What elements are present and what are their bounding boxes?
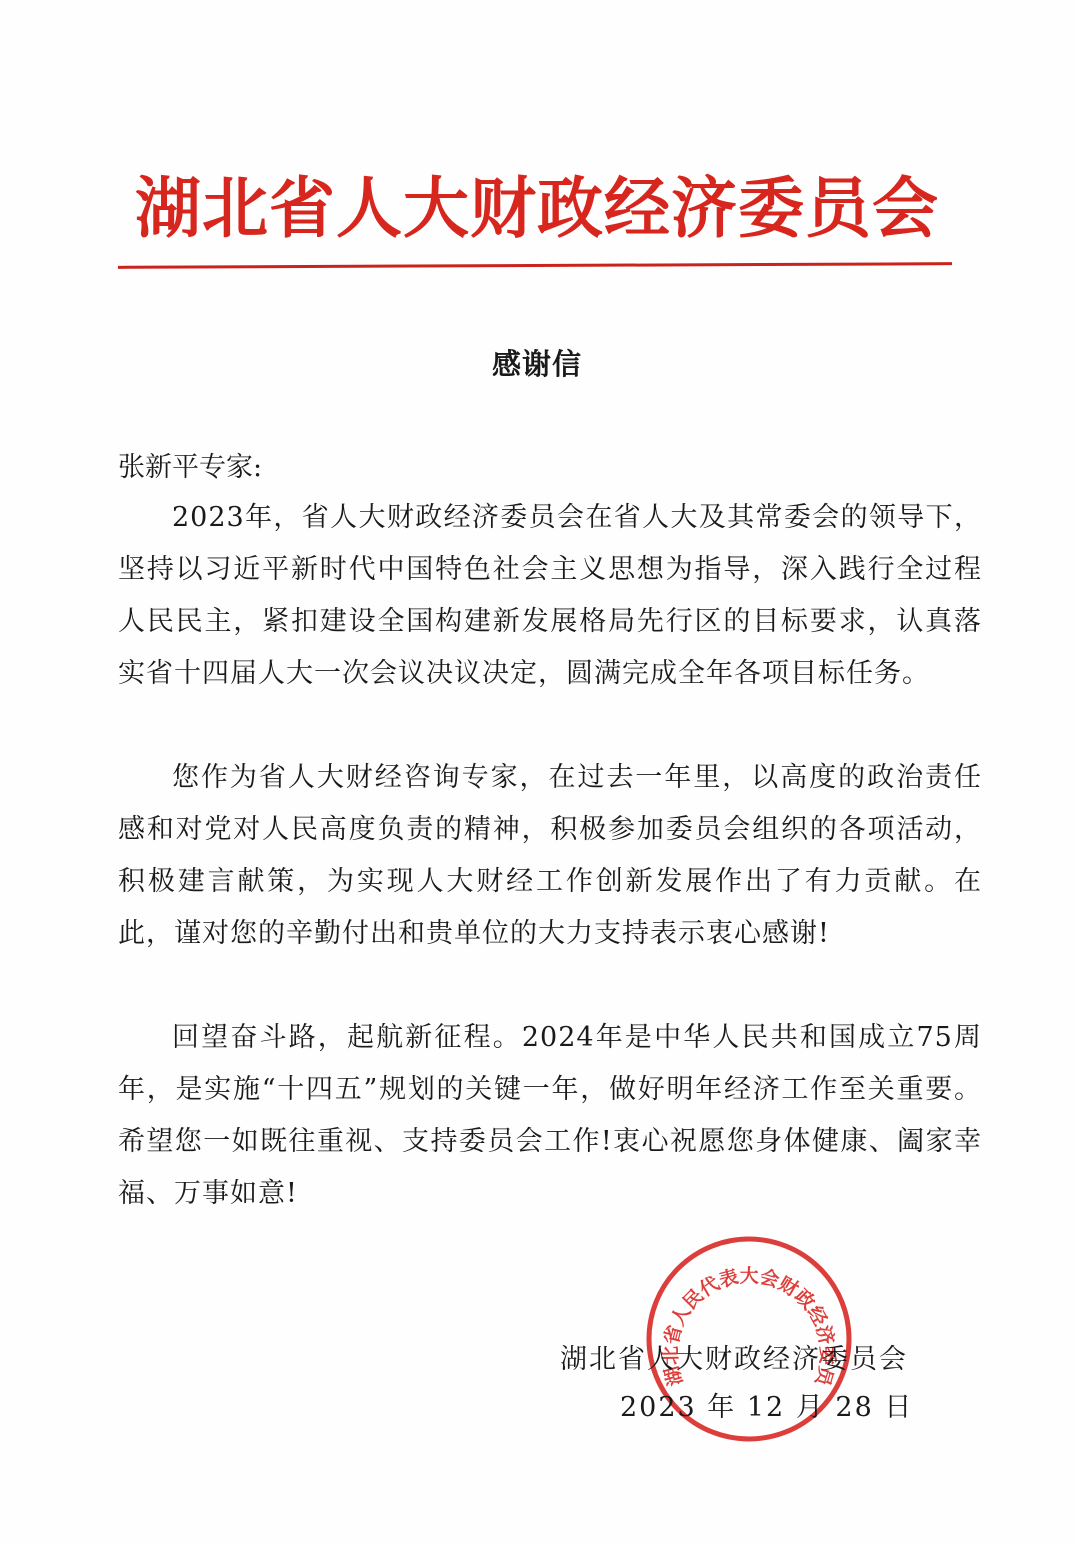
letter-page: 湖北省人大财政经济委员会 感谢信 张新平专家: 2023年，省人大财政经济委员会… — [0, 0, 1074, 1544]
body-paragraph-1: 2023年，省人大财政经济委员会在省人大及其常委会的领导下，坚持以习近平新时代中… — [118, 492, 982, 700]
letterhead-title: 湖北省人大财政经济委员会 — [0, 168, 1074, 248]
body-paragraph-2: 您作为省人大财经咨询专家，在过去一年里，以高度的政治责任感和对党对人民高度负责的… — [118, 752, 982, 960]
signature-block: 湖北省人大财政经济委员会 2023 年 12 月 28 日 — [560, 1336, 913, 1432]
salutation: 张新平专家: — [118, 448, 262, 488]
document-title: 感谢信 — [0, 342, 1074, 383]
letterhead-divider — [118, 262, 952, 269]
signature-organization: 湖北省人大财政经济委员会 — [560, 1336, 913, 1384]
body-paragraph-3: 回望奋斗路，起航新征程。2024年是中华人民共和国成立75周年，是实施“十四五”… — [118, 1012, 982, 1220]
signature-date: 2023 年 12 月 28 日 — [560, 1384, 913, 1432]
